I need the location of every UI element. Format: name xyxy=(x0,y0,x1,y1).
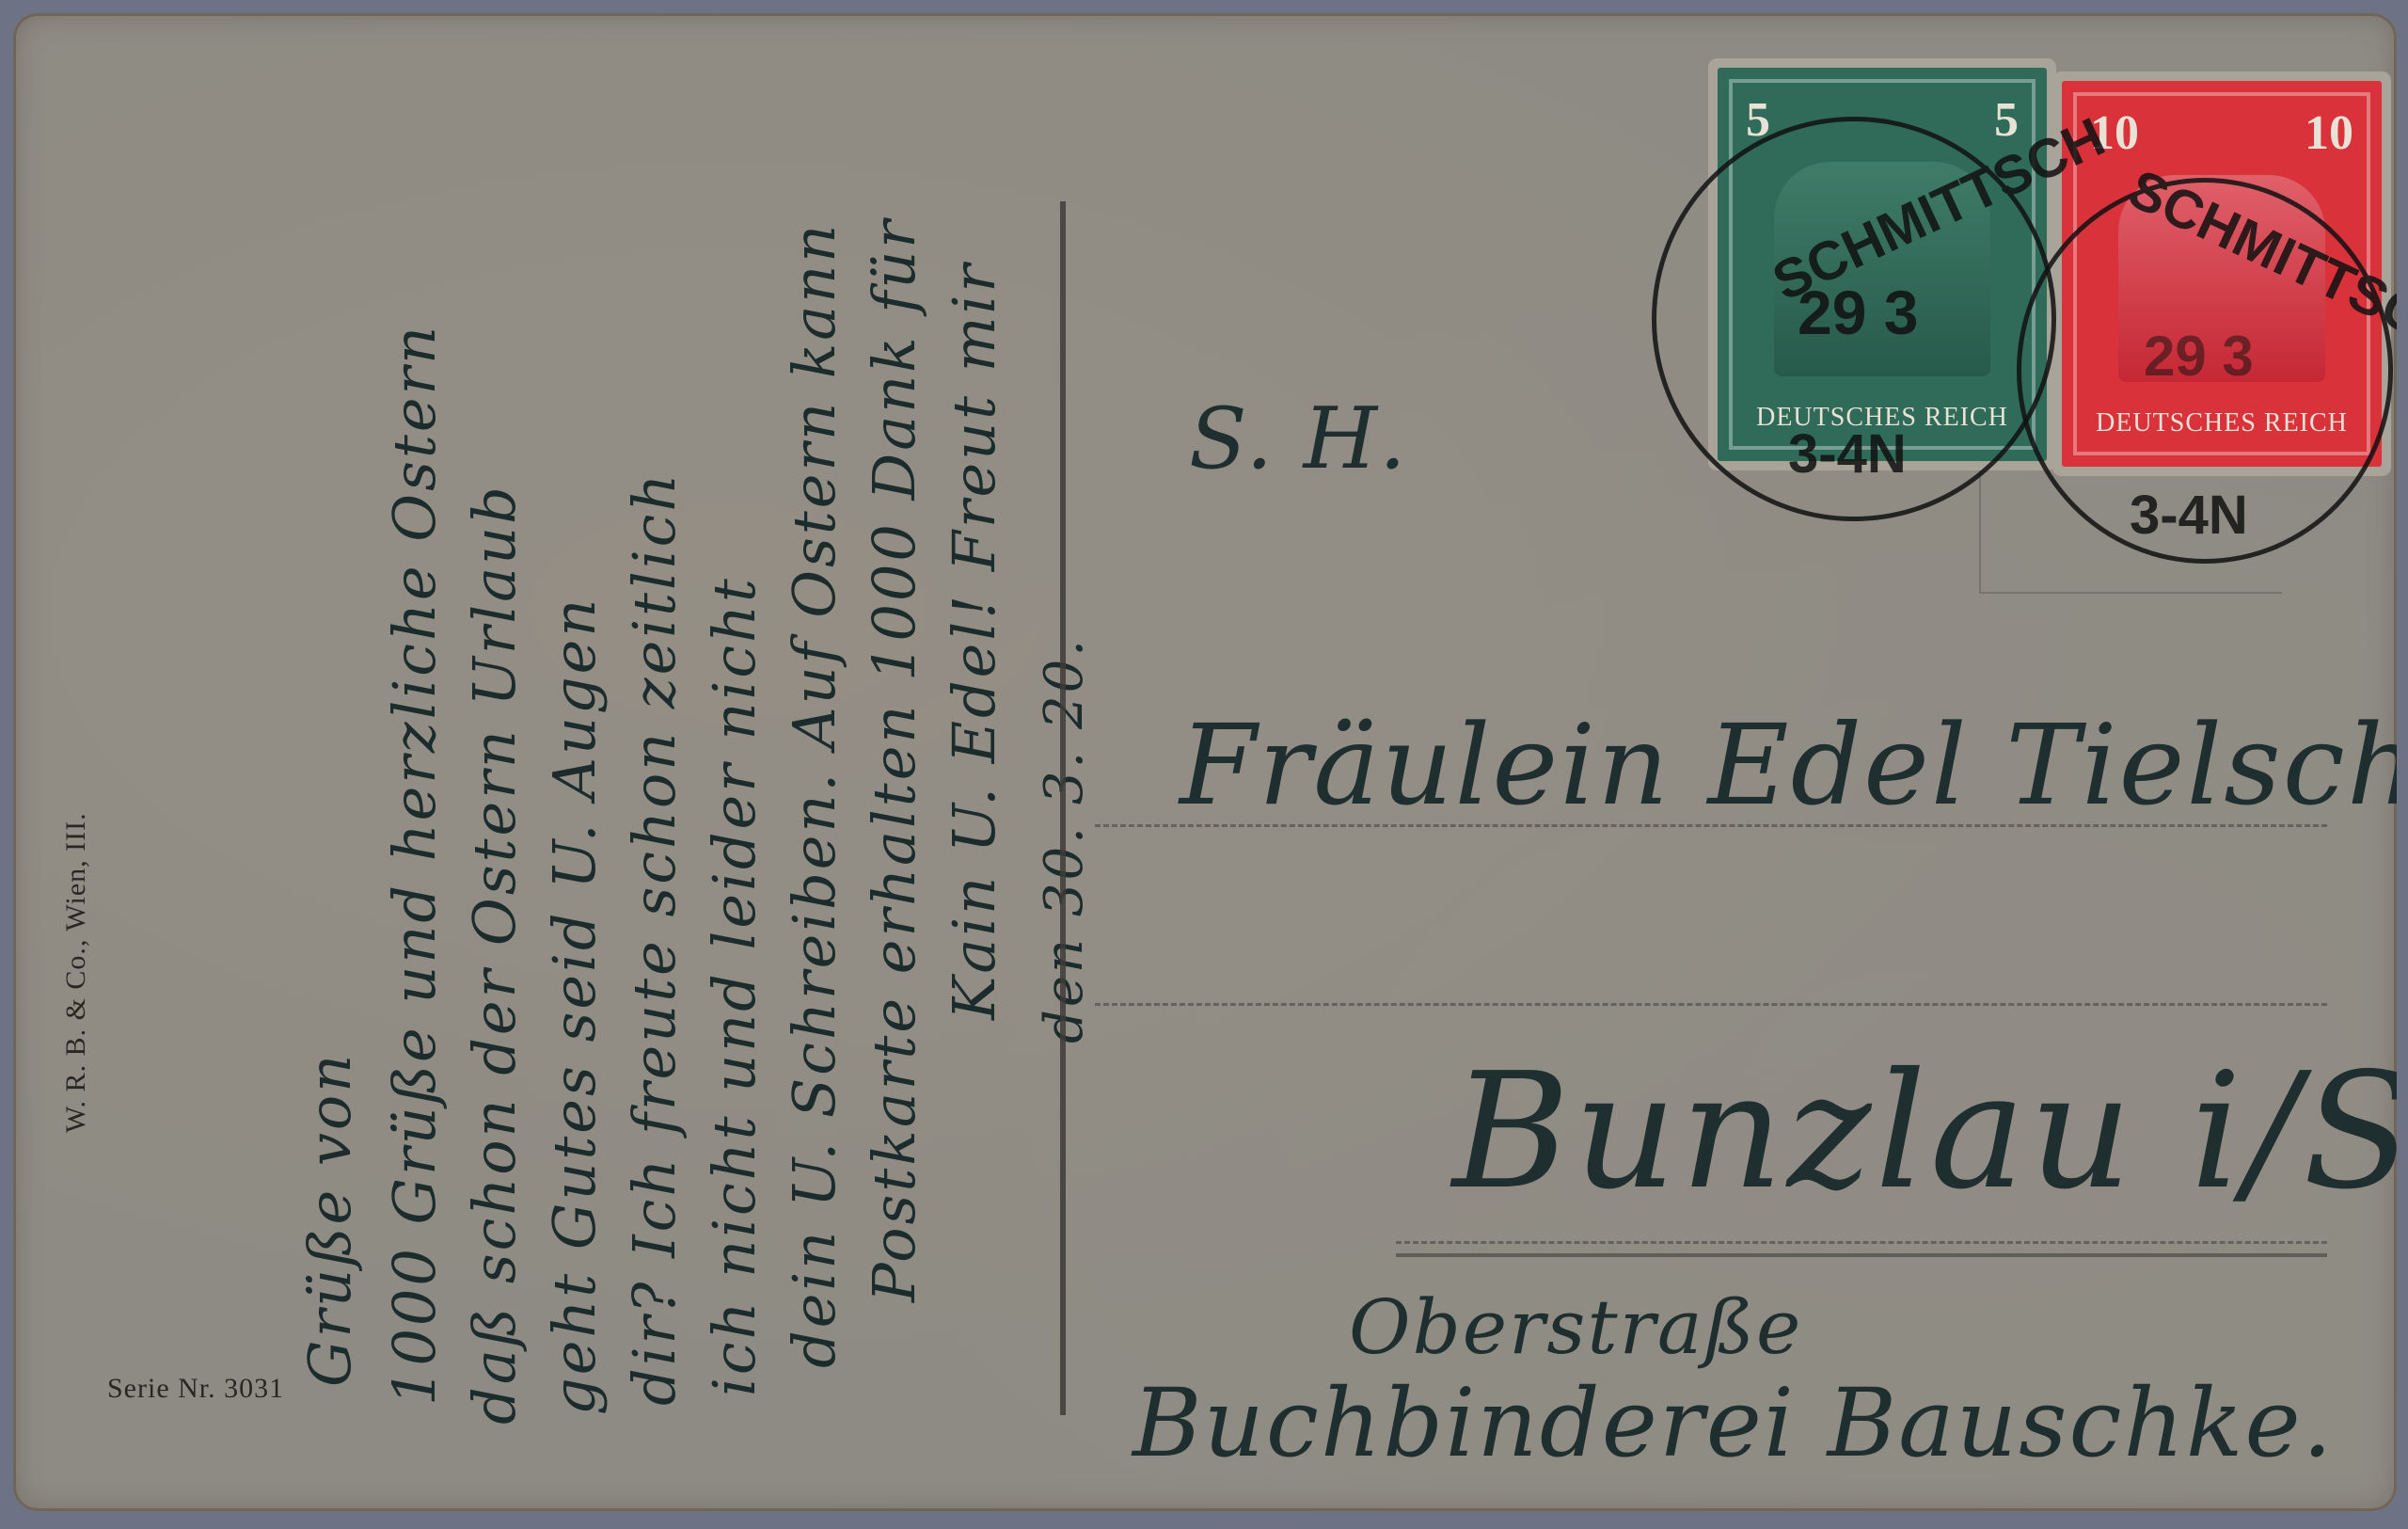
postmark-1: SCHMITTSCH 29 3 3-4N xyxy=(1652,117,2056,521)
recipient-street: Oberstraße xyxy=(1349,1283,1802,1371)
publisher-imprint: W. R. B. & Co., Wien, III. xyxy=(60,812,92,1133)
message-line: dir? Ich freute schon zeitlich xyxy=(620,471,689,1406)
message-line: ich nicht und leider nicht xyxy=(700,576,768,1396)
address-line-2 xyxy=(1095,1003,2327,1006)
postcard: W. R. B. & Co., Wien, III. Kain U. Edel!… xyxy=(13,13,2397,1511)
message-line: geht Gutes seid U. Augen xyxy=(540,597,609,1415)
message-line: Grüße von xyxy=(295,1052,364,1387)
recipient-city: Bunzlau i/Schl. xyxy=(1452,1039,2397,1225)
divider-line xyxy=(1060,201,1066,1415)
salutation: S. H. xyxy=(1189,390,1408,488)
series-number: Serie Nr. 3031 xyxy=(107,1373,284,1405)
recipient-name: Fräulein Edel Tielsch xyxy=(1180,700,2397,830)
postmark-2: SCHMITTSCH 29 3 3-4N xyxy=(2017,178,2393,564)
message-line: 1000 Grüße und herzliche Ostern xyxy=(380,324,449,1406)
message-line: Kain U. Edel! Freut mir xyxy=(940,262,1008,1020)
address-line-3 xyxy=(1396,1241,2327,1244)
message-line: Postkarte erhalten 1000 Dank für xyxy=(860,217,928,1302)
address-underline xyxy=(1396,1253,2327,1257)
recipient-care-of: Buchbinderei Bauschke. xyxy=(1133,1368,2334,1478)
message-line: dein U. Schreiben. Auf Ostern kann xyxy=(780,222,848,1368)
message-line: daß schon der Ostern Urlaub xyxy=(460,484,529,1425)
